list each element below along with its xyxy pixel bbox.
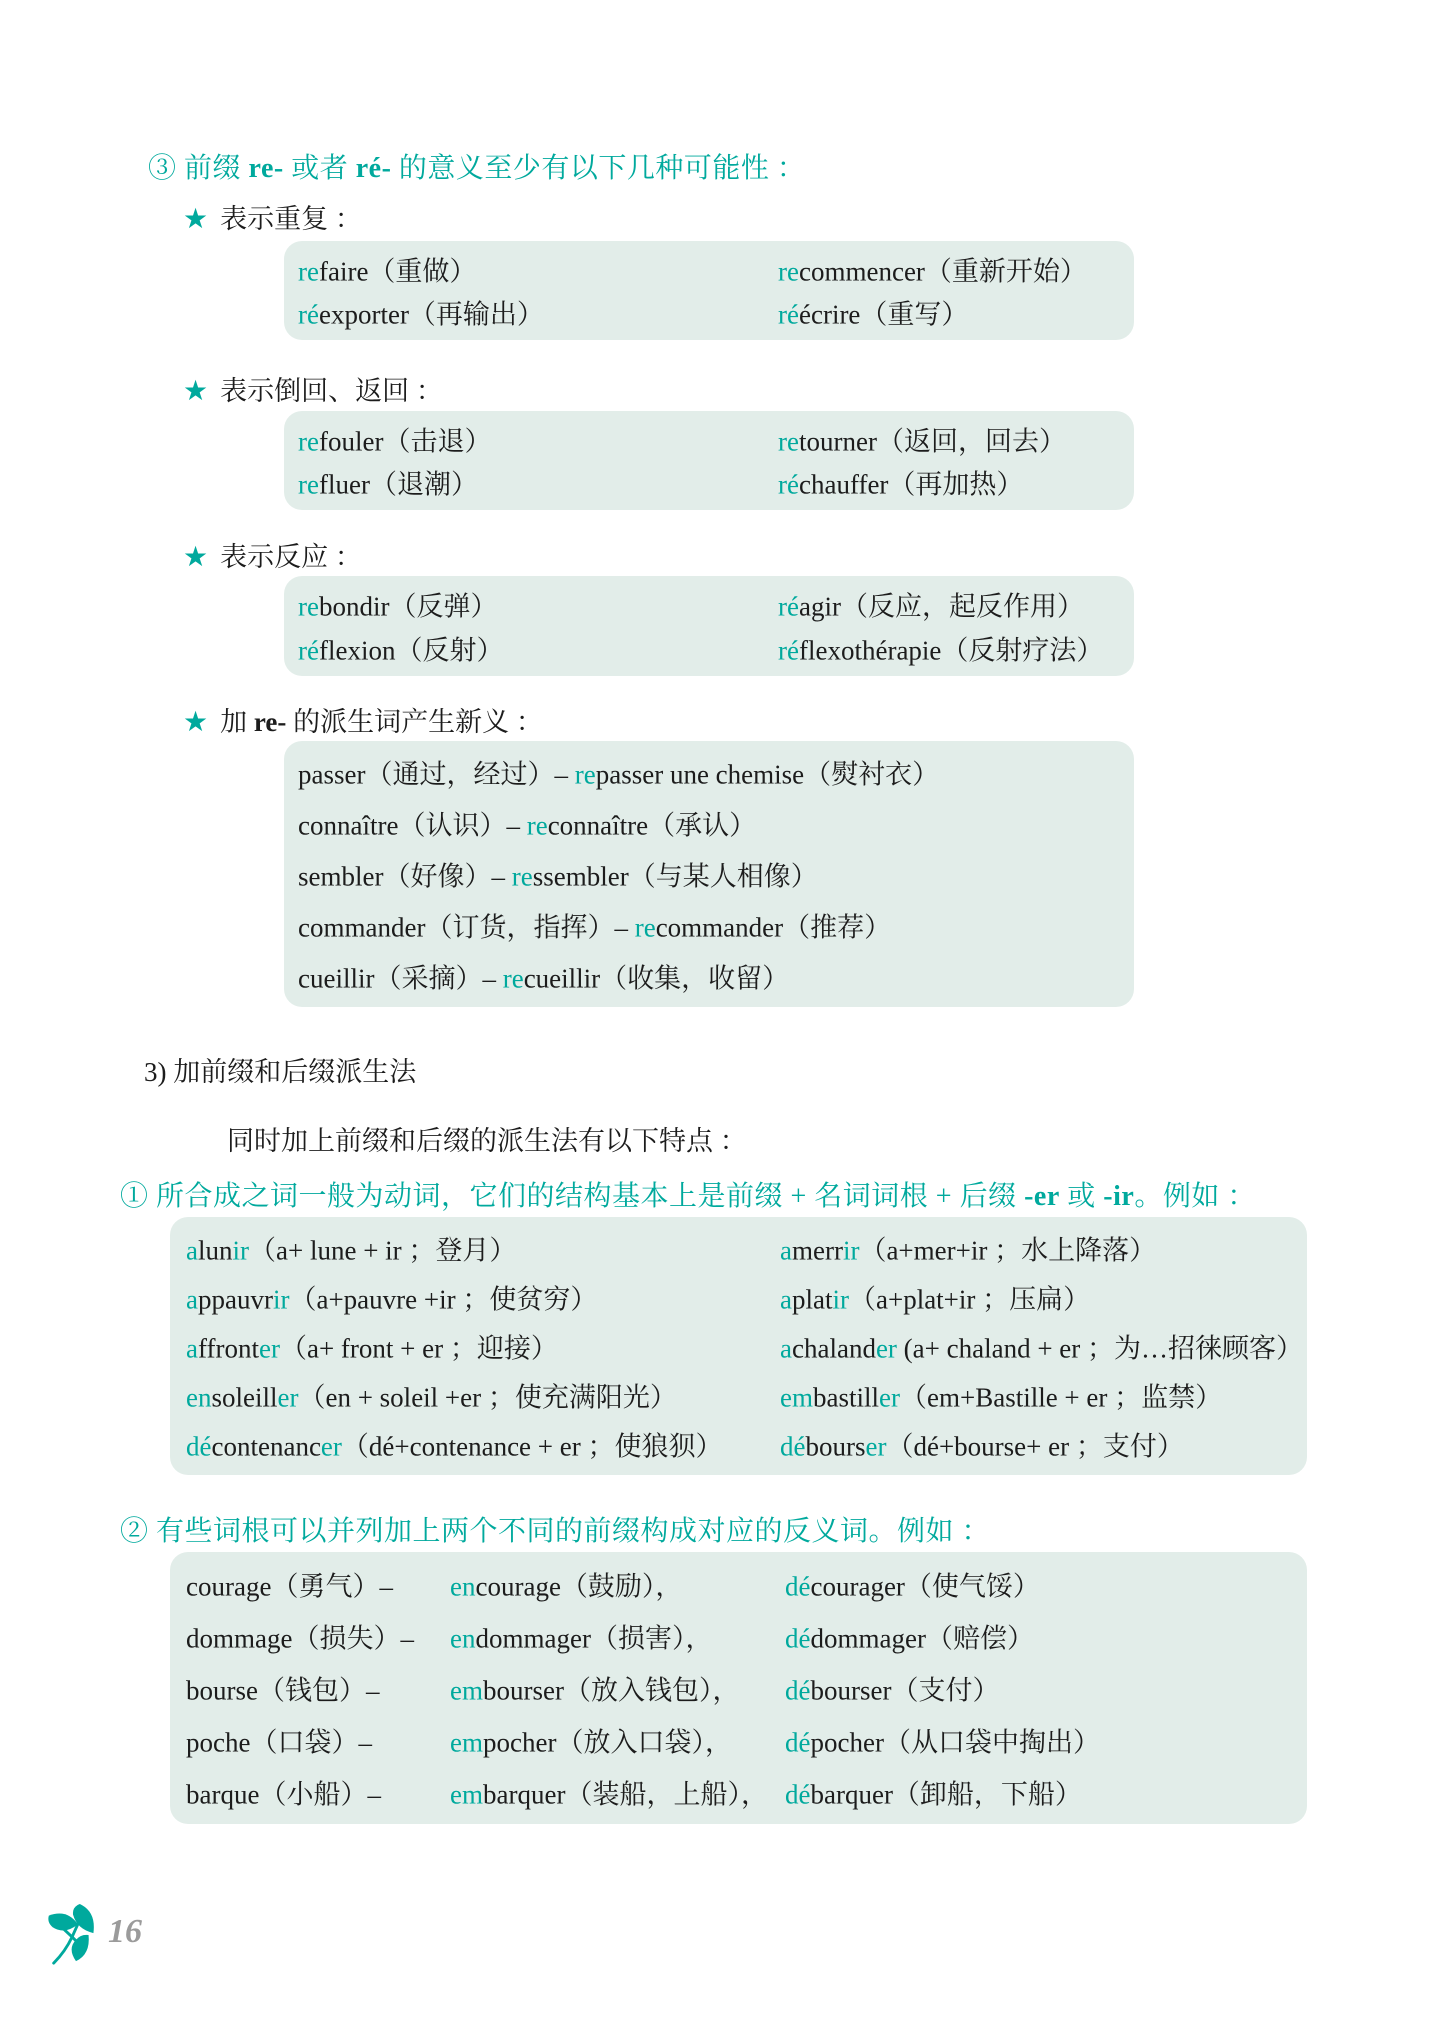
text-segment: barquer（卸船，下船） (810, 1780, 1081, 1810)
example-cell: réchauffer（再加热） (778, 463, 1023, 502)
text-segment: ssembler（与某人相像） (533, 861, 818, 891)
text-segment: ir (843, 1235, 860, 1265)
text-segment: passer（通过，经过）– (298, 760, 575, 790)
text-segment: pocher（从口袋中掏出） (810, 1728, 1099, 1758)
example-cell: réécrire（重写） (778, 293, 968, 332)
text-segment: flexion（反射） (319, 636, 503, 666)
text-segment: 表示重复 ： (220, 204, 362, 234)
example-cell: dédommager（赔偿） (785, 1617, 1034, 1656)
example-cell: dommage（损失）– (186, 1617, 414, 1656)
text-segment: em (780, 1383, 813, 1413)
text-segment: ré (778, 300, 799, 330)
bullet-line-repetition: ★表示重复 ： (183, 197, 362, 236)
example-cell: aplatir（a+plat+ir ；压扁） (780, 1277, 1090, 1316)
text-segment: re (298, 256, 319, 286)
example-row: passer（通过，经过）– repasser une chemise（熨衬衣） (284, 747, 1134, 798)
text-segment: （a+ front + er ；迎接） (280, 1334, 558, 1364)
example-cell: connaître（认识）– reconnaître（承认） (298, 804, 756, 843)
text-segment: soleill (211, 1383, 277, 1413)
text-segment: re- (254, 707, 286, 737)
example-cell: ensoleiller（en + soleil +er ；使充满阳光） (186, 1376, 677, 1415)
star-icon: ★ (183, 542, 208, 573)
text-segment: er (876, 1334, 897, 1364)
example-box-prefix-suffix: alunir（a+ lune + ir ；登月）amerrir（a+mer+ir… (170, 1217, 1307, 1475)
bullet-line-new-meaning: ★加 re- 的派生词产生新义 ： (183, 700, 543, 739)
text-segment: 或者 (284, 153, 356, 184)
text-segment: chaland (792, 1334, 876, 1364)
text-segment: cueillir（采摘）– (298, 963, 503, 993)
text-segment: commencer（重新开始） (799, 256, 1087, 286)
example-row: dommage（损失）– endommager（损害），dédommager（赔… (170, 1610, 1307, 1662)
text-segment: dé (186, 1432, 211, 1462)
example-row: réflexion（反射）réflexothérapie（反射疗法） (284, 626, 1134, 670)
text-segment: dé (780, 1432, 805, 1462)
text-segment: 表示倒回、返回 ： (220, 376, 443, 406)
page-number: 16 (108, 1913, 142, 1951)
example-row: bourse（钱包）– embourser（放入钱包），débourser（支付… (170, 1662, 1307, 1714)
text-segment: （a+ lune + ir ；登月） (249, 1235, 516, 1265)
example-row: affronter（a+ front + er ；迎接）achalander (… (170, 1321, 1307, 1370)
example-cell: débourser（支付） (785, 1669, 999, 1708)
text-segment: re (778, 256, 799, 286)
text-segment: en (450, 1624, 475, 1654)
example-row: refluer（退潮）réchauffer（再加热） (284, 461, 1134, 505)
text-segment: 加 (220, 707, 254, 737)
example-cell: débarquer（卸船，下船） (785, 1773, 1082, 1812)
text-segment: connaître（认识）– (298, 811, 527, 841)
example-row: courage（勇气）– encourage（鼓励），décourager（使气… (170, 1558, 1307, 1610)
example-cell: rebondir（反弹） (298, 585, 497, 624)
text-segment: （a+pauvre +ir ；使贫穷） (289, 1284, 597, 1314)
text-segment: ir (832, 1284, 849, 1314)
text-segment: re (503, 963, 524, 993)
text-segment: sembler（好像）– (298, 861, 512, 891)
example-cell: réflexion（反射） (298, 629, 503, 668)
example-cell: réflexothérapie（反射疗法） (778, 629, 1103, 668)
example-box-repetition: refaire（重做）recommencer（重新开始）réexporter（再… (284, 241, 1134, 340)
example-row: réexporter（再输出）réécrire（重写） (284, 291, 1134, 335)
example-cell: bourse（钱包）– (186, 1669, 379, 1708)
text-segment: courager（使气馁） (810, 1572, 1039, 1602)
example-box-antonyms: courage（勇气）– encourage（鼓励），décourager（使气… (170, 1552, 1307, 1824)
example-row: barque（小船）– embarquer（装船，上船），débarquer（卸… (170, 1766, 1307, 1818)
text-segment: pocher（放入口袋）， (483, 1728, 732, 1758)
text-segment: bourser（支付） (810, 1676, 999, 1706)
star-icon: ★ (183, 376, 208, 407)
example-cell: endommager（损害）， (450, 1617, 712, 1656)
text-segment: 表示反应 ： (220, 542, 362, 572)
example-cell: retourner（返回，回去） (778, 419, 1066, 458)
text-segment: en (450, 1572, 475, 1602)
text-segment: exporter（再输出） (319, 300, 544, 330)
text-segment: ré (298, 300, 319, 330)
text-segment: dé (785, 1728, 810, 1758)
bullet-line-backward: ★表示倒回、返回 ： (183, 369, 443, 408)
example-row: décontenancer（dé+contenance + er ；使狼狈）dé… (170, 1420, 1307, 1469)
text-segment: （en + soleil +er ；使充满阳光） (298, 1383, 676, 1413)
text-segment: em (450, 1780, 483, 1810)
example-cell: débourser（dé+bourse+ er ；支付） (780, 1425, 1184, 1464)
text-segment: dommager（损害）， (475, 1624, 712, 1654)
example-cell: sembler（好像）– ressembler（与某人相像） (298, 854, 818, 893)
text-segment: lun (198, 1235, 233, 1265)
text-segment: （dé+contenance + er ；使狼狈） (342, 1432, 723, 1462)
example-cell: dépocher（从口袋中掏出） (785, 1721, 1100, 1760)
example-cell: embourser（放入钱包）， (450, 1669, 739, 1708)
text-segment: ir (273, 1284, 290, 1314)
text-segment: ① 所合成之词一般为动词，它们的结构基本上是前缀 + 名词词根 + 后缀 (120, 1181, 1024, 1212)
example-row: sembler（好像）– ressembler（与某人相像） (284, 849, 1134, 900)
text-segment: re (298, 470, 319, 500)
text-segment: ppauvr (198, 1284, 273, 1314)
text-segment: flexothérapie（反射疗法） (799, 636, 1103, 666)
text-segment: （em+Bastille + er ；监禁） (900, 1383, 1222, 1413)
text-segment: （a+mer+ir ；水上降落） (859, 1235, 1156, 1265)
text-segment: re (575, 760, 596, 790)
text-segment: chauffer（再加热） (799, 470, 1023, 500)
text-segment: plat (792, 1284, 833, 1314)
text-segment: poche（口袋）– (186, 1728, 372, 1758)
text-segment: re (778, 426, 799, 456)
text-segment: a (186, 1284, 198, 1314)
text-segment: dé (785, 1676, 810, 1706)
example-row: commander（订货，指挥）– recommander（推荐） (284, 899, 1134, 950)
text-segment: passer une chemise（熨衬衣） (596, 760, 939, 790)
text-segment: bourser（放入钱包）， (483, 1676, 739, 1706)
example-row: refouler（击退）retourner（返回，回去） (284, 417, 1134, 461)
example-cell: cueillir（采摘）– recueillir（收集，收留） (298, 956, 789, 995)
text-segment: a (186, 1235, 198, 1265)
example-cell: courage（勇气）– (186, 1565, 393, 1604)
text-segment: faire（重做） (319, 256, 476, 286)
example-row: poche（口袋）– empocher（放入口袋），dépocher（从口袋中掏… (170, 1714, 1307, 1766)
section-heading-circle2: ② 有些词根可以并列加上两个不同的前缀构成对应的反义词。例如 ： (120, 1509, 990, 1549)
text-segment: ré (778, 636, 799, 666)
text-segment: er (865, 1432, 886, 1462)
example-cell: affronter（a+ front + er ；迎接） (186, 1327, 558, 1366)
star-icon: ★ (183, 707, 208, 738)
example-cell: refaire（重做） (298, 249, 476, 288)
star-icon: ★ (183, 204, 208, 235)
bullet-label: 加 re- 的派生词产生新义 ： (220, 707, 543, 737)
text-segment: a (780, 1235, 792, 1265)
text-segment: -ir (1103, 1181, 1134, 1212)
text-segment: fluer（退潮） (319, 470, 478, 500)
text-segment: 。例如 ： (1134, 1181, 1256, 1212)
example-row: rebondir（反弹）réagir（反应，起反作用） (284, 582, 1134, 626)
text-segment: 的派生词产生新义 ： (286, 707, 543, 737)
text-segment: ir (233, 1235, 250, 1265)
example-cell: encourage（鼓励）， (450, 1565, 682, 1604)
example-cell: empocher（放入口袋）， (450, 1721, 732, 1760)
example-cell: commander（订货，指挥）– recommander（推荐） (298, 905, 891, 944)
example-box-backward: refouler（击退）retourner（返回，回去）refluer（退潮）r… (284, 411, 1134, 510)
section-heading-re-prefix: ③ 前缀 re- 或者 ré- 的意义至少有以下几种可能性 ： (148, 146, 805, 186)
example-cell: barque（小船）– (186, 1773, 381, 1812)
text-segment: re (298, 426, 319, 456)
example-cell: appauvrir（a+pauvre +ir ；使贫穷） (186, 1277, 597, 1316)
text-segment: 的意义至少有以下几种可能性 ： (391, 153, 805, 184)
example-cell: refouler（击退） (298, 419, 491, 458)
example-cell: refluer（退潮） (298, 463, 478, 502)
text-segment: commander（推荐） (656, 912, 891, 942)
text-segment: ré- (356, 153, 392, 184)
text-segment: dommage（损失）– (186, 1624, 414, 1654)
example-cell: achalander (a+ chaland + er ；为…招徕顾客） (780, 1327, 1303, 1366)
text-segment: (a+ chaland + er ；为…招徕顾客） (897, 1334, 1303, 1364)
text-segment: ré (778, 592, 799, 622)
text-segment: re (527, 811, 548, 841)
text-segment: dé (785, 1624, 810, 1654)
bullet-line-reaction: ★表示反应 ： (183, 535, 362, 574)
text-segment: a (186, 1334, 198, 1364)
bullet-label: 表示反应 ： (220, 542, 362, 572)
text-segment: écrire（重写） (799, 300, 968, 330)
text-segment: bastill (813, 1383, 879, 1413)
example-row: ensoleiller（en + soleil +er ；使充满阳光）embas… (170, 1371, 1307, 1420)
text-segment: er (277, 1383, 298, 1413)
bullet-label: 表示倒回、返回 ： (220, 376, 443, 406)
leaf-icon (44, 1903, 106, 1967)
example-cell: décontenancer（dé+contenance + er ；使狼狈） (186, 1425, 723, 1464)
text-segment: （dé+bourse+ er ；支付） (886, 1432, 1183, 1462)
text-segment: er (259, 1334, 280, 1364)
text-segment: bondir（反弹） (319, 592, 498, 622)
text-segment: a (780, 1284, 792, 1314)
text-segment: contenanc (211, 1432, 320, 1462)
text-segment: ré (778, 470, 799, 500)
text-segment: re (298, 592, 319, 622)
text-segment: 或 (1060, 1181, 1104, 1212)
paragraph-intro: 同时加上前缀和后缀的派生法有以下特点 ： (227, 1119, 747, 1158)
section-heading-3: 3) 加前缀和后缀派生法 (144, 1050, 416, 1089)
example-cell: embastiller（em+Bastille + er ；监禁） (780, 1376, 1222, 1415)
text-segment: commander（订货，指挥）– (298, 912, 635, 942)
example-cell: alunir（a+ lune + ir ；登月） (186, 1228, 516, 1267)
example-row: refaire（重做）recommencer（重新开始） (284, 247, 1134, 291)
document-page: ③ 前缀 re- 或者 ré- 的意义至少有以下几种可能性 ： ★表示重复 ： … (0, 0, 1440, 2022)
example-cell: poche（口袋）– (186, 1721, 372, 1760)
text-segment: dommager（赔偿） (810, 1624, 1033, 1654)
text-segment: er (321, 1432, 342, 1462)
text-segment: barque（小船）– (186, 1780, 381, 1810)
text-segment: ③ 前缀 (148, 153, 249, 184)
text-segment: bourse（钱包）– (186, 1676, 379, 1706)
text-segment: merr (792, 1235, 843, 1265)
text-segment: courage（鼓励）， (475, 1572, 682, 1602)
text-segment: （a+plat+ir ；压扁） (849, 1284, 1090, 1314)
text-segment: ffront (198, 1334, 259, 1364)
example-cell: réexporter（再输出） (298, 293, 544, 332)
text-segment: a (780, 1334, 792, 1364)
example-row: cueillir（采摘）– recueillir（收集，收留） (284, 950, 1134, 1001)
text-segment: re (512, 861, 533, 891)
example-row: appauvrir（a+pauvre +ir ；使贫穷）aplatir（a+pl… (170, 1272, 1307, 1321)
text-segment: en (186, 1383, 211, 1413)
example-box-reaction: rebondir（反弹）réagir（反应，起反作用）réflexion（反射）… (284, 576, 1134, 676)
example-cell: embarquer（装船，上船）， (450, 1773, 768, 1812)
text-segment: tourner（返回，回去） (799, 426, 1066, 456)
example-cell: amerrir（a+mer+ir ；水上降落） (780, 1228, 1156, 1267)
text-segment: ② 有些词根可以并列加上两个不同的前缀构成对应的反义词。例如 ： (120, 1516, 990, 1547)
text-segment: re- (249, 153, 284, 184)
example-row: connaître（认识）– reconnaître（承认） (284, 798, 1134, 849)
text-segment: bours (805, 1432, 865, 1462)
example-cell: passer（通过，经过）– repasser une chemise（熨衬衣） (298, 753, 939, 792)
bullet-label: 表示重复 ： (220, 204, 362, 234)
text-segment: re (635, 912, 656, 942)
example-cell: recommencer（重新开始） (778, 249, 1087, 288)
text-segment: em (450, 1728, 483, 1758)
section-heading-circle1: ① 所合成之词一般为动词，它们的结构基本上是前缀 + 名词词根 + 后缀 -er… (120, 1174, 1256, 1214)
text-segment: er (879, 1383, 900, 1413)
text-segment: em (450, 1676, 483, 1706)
page-footer: 16 (44, 1903, 142, 1967)
text-segment: ré (298, 636, 319, 666)
text-segment: connaître（承认） (548, 811, 756, 841)
text-segment: agir（反应，起反作用） (799, 592, 1084, 622)
example-cell: décourager（使气馁） (785, 1565, 1040, 1604)
text-segment: dé (785, 1572, 810, 1602)
text-segment: -er (1024, 1181, 1060, 1212)
example-row: alunir（a+ lune + ir ；登月）amerrir（a+mer+ir… (170, 1223, 1307, 1272)
text-segment: cueillir（收集，收留） (524, 963, 789, 993)
text-segment: dé (785, 1780, 810, 1810)
text-segment: fouler（击退） (319, 426, 491, 456)
example-cell: réagir（反应，起反作用） (778, 585, 1084, 624)
example-box-new-meaning: passer（通过，经过）– repasser une chemise（熨衬衣）… (284, 741, 1134, 1007)
text-segment: courage（勇气）– (186, 1572, 393, 1602)
text-segment: barquer（装船，上船）， (483, 1780, 768, 1810)
